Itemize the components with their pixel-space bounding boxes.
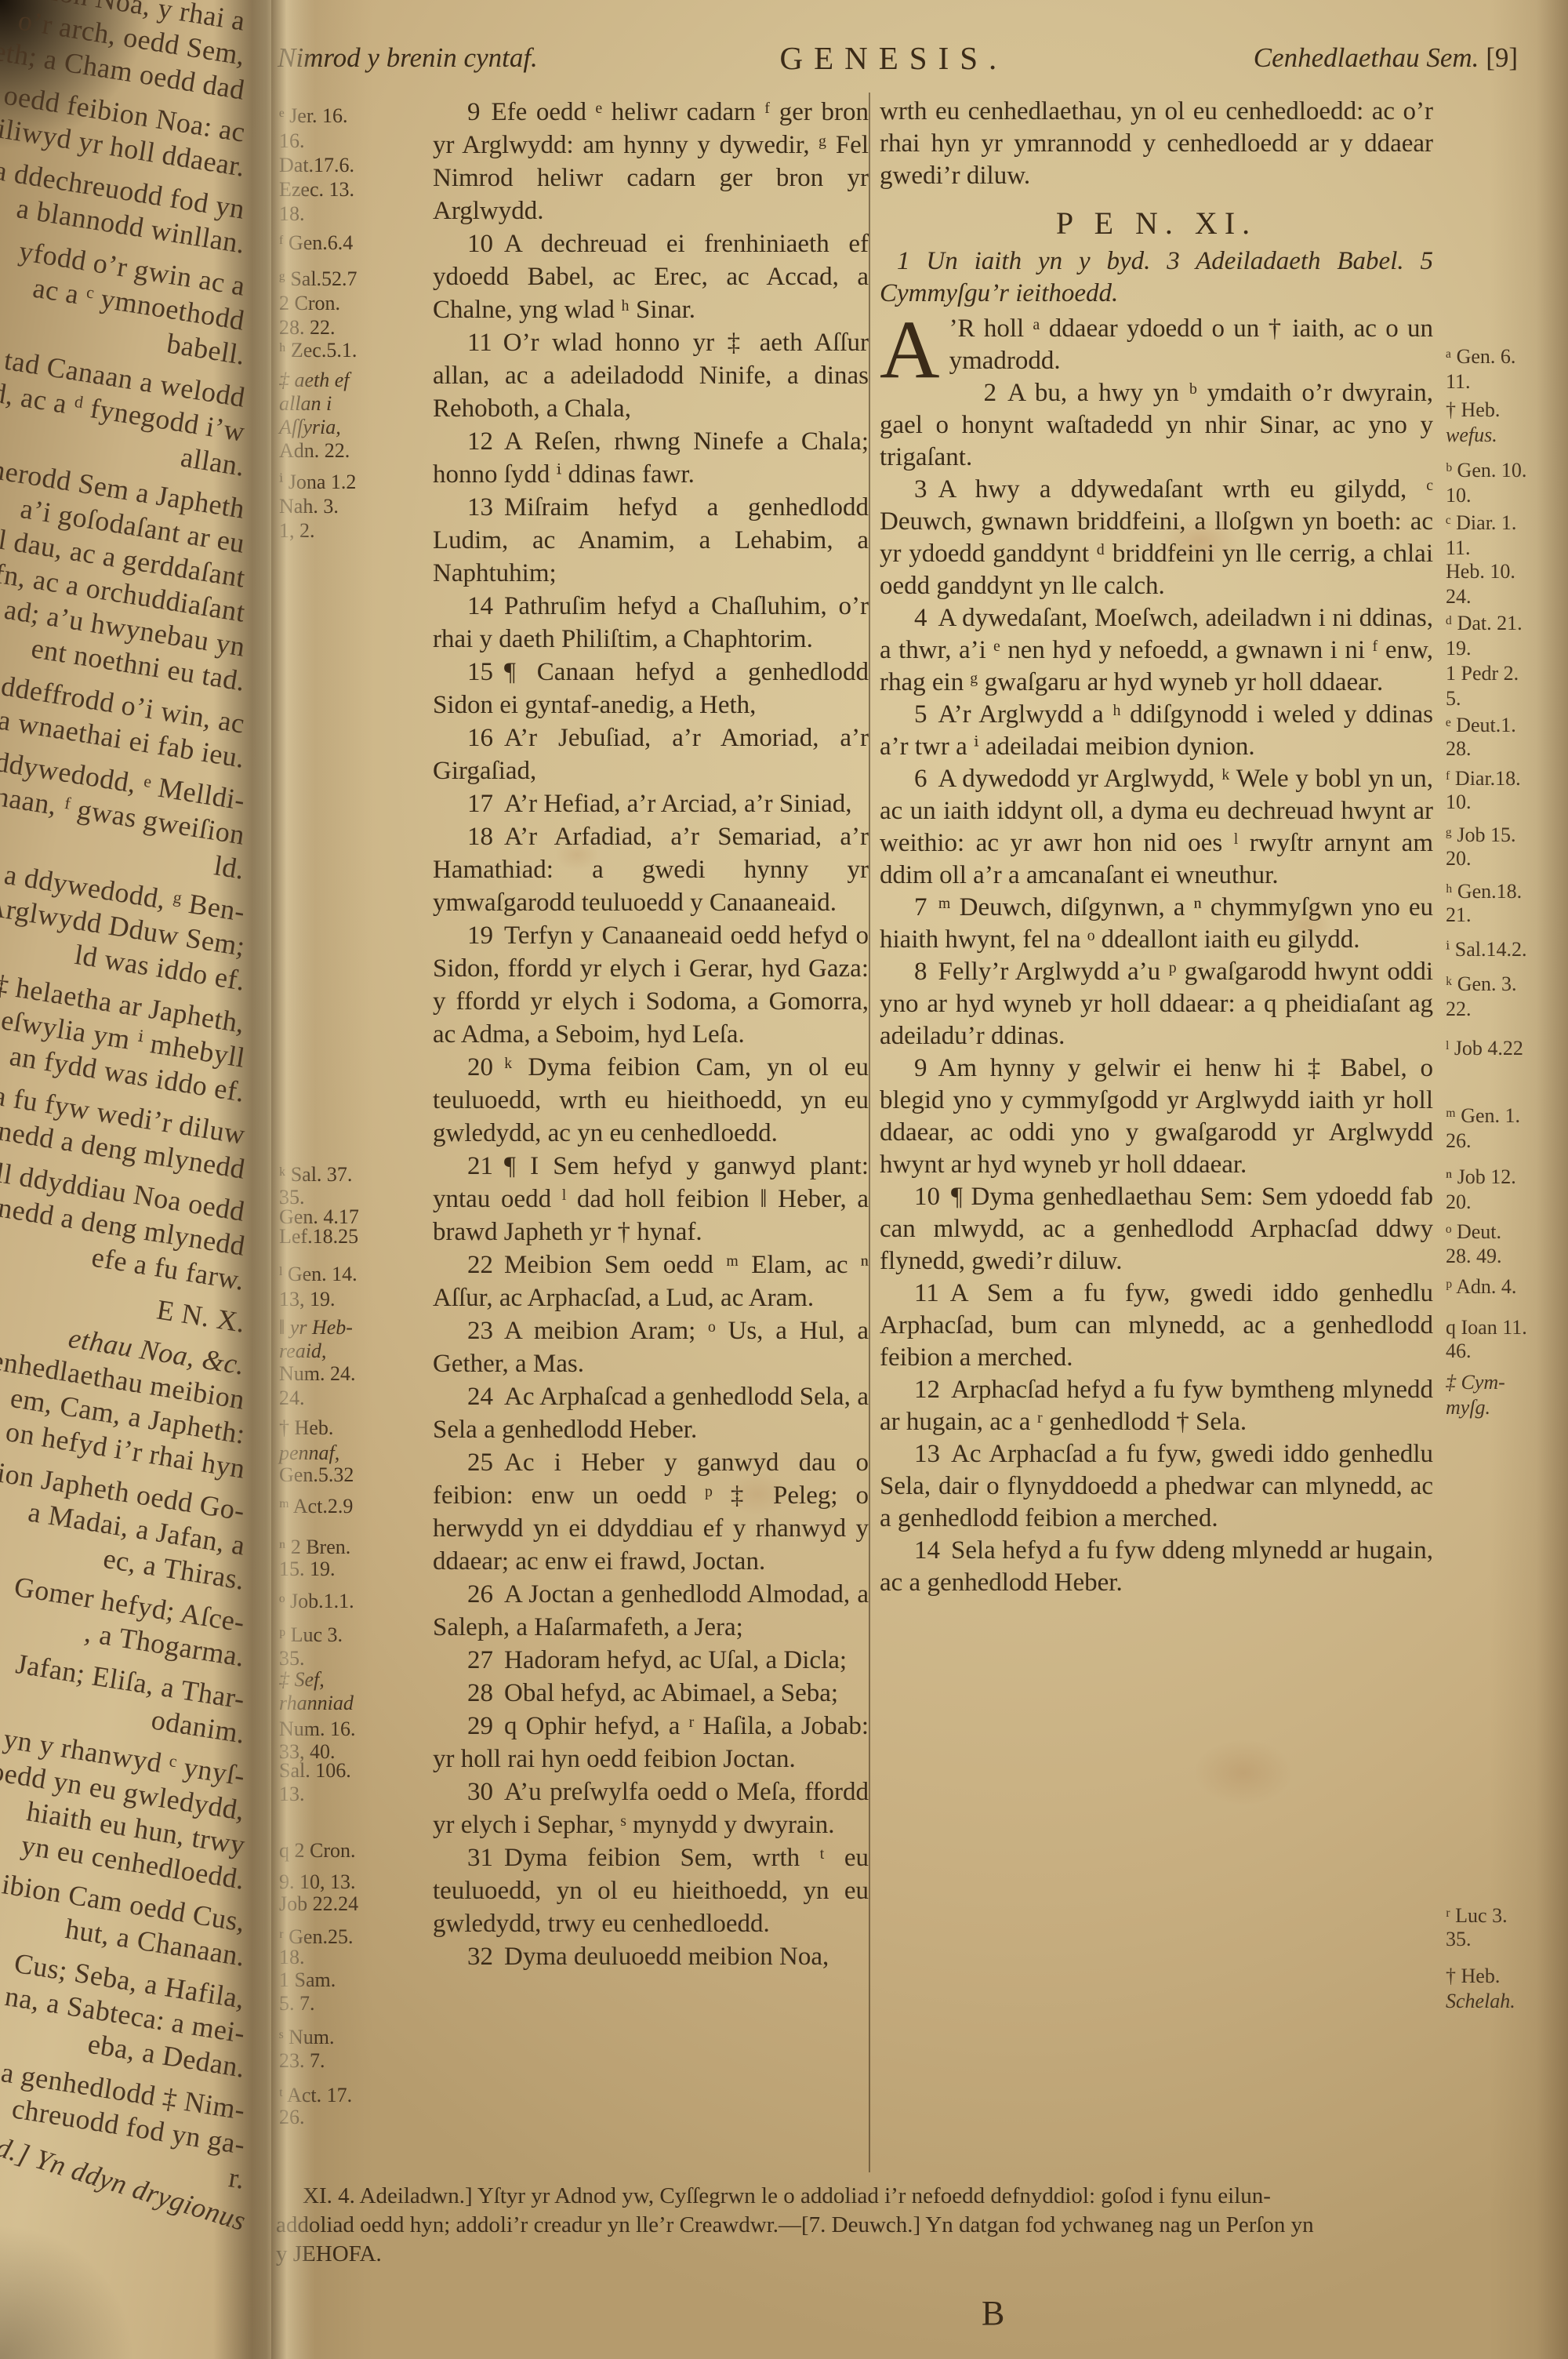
column-divider-rule [869, 93, 870, 2172]
verse: 32Dyma deuluoedd meibion Noa, [433, 1940, 869, 1973]
verse-text: A Reſen, rhwng Ninefe a Chala; honno ſyd… [433, 427, 869, 489]
verse-number: 7 [914, 893, 927, 921]
margin-note: ⁿ 2 Bren. [279, 1536, 350, 1559]
margin-note: ‡ Cym- [1446, 1371, 1505, 1394]
verse-text: Dyma deuluoedd meibion Noa, [504, 1943, 829, 1971]
verse-number: 10 [914, 1183, 940, 1211]
margin-note: ˢ Num. [279, 2026, 335, 2049]
margin-note: Aſſyria, [279, 416, 341, 439]
chapter-heading: P E N. XI. [880, 205, 1433, 242]
verse-number: 27 [467, 1646, 493, 1674]
margin-note: 23. 7. [279, 2049, 325, 2073]
margin-note: Gen.5.32 [279, 1463, 354, 1487]
margin-note: Heb. 10. [1446, 560, 1515, 583]
verse: 5A’r Arglwydd a ʰ ddiſgynodd i weled y d… [880, 699, 1433, 763]
margin-note: 18. [279, 202, 305, 226]
verse-text: A bu, a hwy yn ᵇ ymdaith o’r dwyrain, ga… [880, 379, 1433, 471]
verse: 2A bu, a hwy yn ᵇ ymdaith o’r dwyrain, g… [880, 377, 1433, 474]
left-text-column: 9Efe oedd ᵉ heliwr cadarn ᶠ ger bron yr … [433, 96, 869, 1973]
signature-mark: B [982, 2293, 1004, 2333]
verse-number: 4 [914, 604, 927, 632]
verse-text: ’R holl ᵃ ddaear ydoedd o un † iaith, ac… [949, 314, 1433, 375]
margin-note: q Ioan 11. [1446, 1316, 1527, 1339]
verse-text: Ac Arphacſad a fu fyw, gwedi iddo genhed… [880, 1440, 1433, 1532]
margin-note: ‡ Sef, [279, 1668, 325, 1692]
margin-note: 13, 19. [279, 1288, 336, 1311]
margin-note: ᵏ Sal. 37. [279, 1163, 352, 1187]
verse: 31Dyma feibion Sem, wrth ᵗ eu teuluoedd,… [433, 1841, 869, 1940]
margin-note: 46. [1446, 1339, 1472, 1363]
left-margin-notes: ᵉ Jer. 16.16.Dat.17.6.Ezec. 13.18.ᶠ Gen.… [279, 0, 431, 2274]
footnote-block: XI. 4. Adeiladwn.] Yſtyr yr Adnod yw, Cy… [276, 2182, 1555, 2269]
margin-note: Nah. 3. [279, 495, 339, 518]
verse: 27Hadoram hefyd, ac Uſal, a Dicla; [433, 1644, 869, 1677]
margin-note: 2 Cron. [279, 292, 340, 315]
margin-note: 16. [279, 129, 305, 153]
verse-text: Ac i Heber y ganwyd dau o feibion: enw u… [433, 1448, 869, 1576]
verse-number: 13 [467, 493, 493, 522]
verse-text: Obal hefyd, ac Abimael, a Seba; [504, 1679, 838, 1707]
verse-text: q Ophir hefyd, a ʳ Haſila, a Jobab: yr h… [433, 1712, 869, 1773]
verse-number: 24 [467, 1383, 493, 1411]
verse-text: ¶ Dyma genhedlaethau Sem: Sem ydoedd fab… [880, 1183, 1433, 1275]
verse: 12Arphacſad hefyd a fu fyw bymtheng mlyn… [880, 1374, 1433, 1438]
verse-number: 16 [467, 724, 493, 752]
verse-text: A’r Hefiad, a’r Arciad, a’r Siniad, [504, 790, 852, 818]
verse-text: Arphacſad hefyd a fu fyw bymtheng mlyned… [880, 1376, 1433, 1436]
margin-note: 11. [1446, 536, 1471, 560]
verse: 9Efe oedd ᵉ heliwr cadarn ᶠ ger bron yr … [433, 96, 869, 227]
verse: 28Obal hefyd, ac Abimael, a Seba; [433, 1677, 869, 1710]
verse: 20ᵏ Dyma feibion Cam, yn ol eu teuluoedd… [433, 1051, 869, 1150]
margin-note: † Heb. [1446, 1965, 1500, 1988]
margin-note: 28. [1446, 737, 1472, 761]
margin-note: ᵐ Gen. 1. [1446, 1104, 1520, 1128]
verse: 30A’u preſwylfa oedd o Meſa, ffordd yr e… [433, 1776, 869, 1841]
verse-text: ᵐ Deuwch, diſgynwn, a ⁿ chymmyſgwn yno e… [880, 893, 1433, 954]
verse: 10A dechreuad ei frenhiniaeth ef ydoedd … [433, 227, 869, 326]
margin-note: Sal. 106. [279, 1759, 351, 1783]
margin-note: ᵍ Job 15. [1446, 823, 1515, 847]
verse-text: ¶ I Sem hefyd y ganwyd plant: yntau oedd… [433, 1152, 869, 1246]
verse: 21¶ I Sem hefyd y ganwyd plant: yntau oe… [433, 1150, 869, 1249]
verse: 11O’r wlad honno yr ‡ aeth Aſſur allan, … [433, 326, 869, 425]
verse: 16A’r Jebuſiad, a’r Amoriad, a’r Girgaſi… [433, 722, 869, 787]
margin-note: ᵍ Sal.52.7 [279, 267, 358, 291]
margin-note: ʰ Zec.5.1. [279, 339, 357, 362]
verse: 8Felly’r Arglwydd a’u ᵖ gwaſgarodd hwynt… [880, 956, 1433, 1052]
margin-note: ˡ Gen. 14. [279, 1263, 358, 1286]
margin-note: 24. [279, 1387, 305, 1410]
previous-page-text-line: E N. X. [154, 1293, 248, 1339]
verse-number: 13 [914, 1440, 940, 1468]
verse: 14Sela hefyd a fu fyw ddeng mlynedd ar h… [880, 1535, 1433, 1599]
margin-note: 9. 10, 13. [279, 1870, 356, 1894]
margin-note: Adn. 22. [279, 439, 350, 463]
margin-note: 28. 49. [1446, 1245, 1502, 1268]
verse-text: Miſraim hefyd a genhedlodd Ludim, ac Ana… [433, 493, 869, 587]
verse-text: A dywedodd yr Arglwydd, ᵏ Wele y bobl yn… [880, 765, 1433, 889]
margin-note: ᵉ Jer. 16. [279, 104, 348, 128]
verse: 15¶ Canaan hefyd a genhedlodd Sidon ei g… [433, 656, 869, 722]
margin-note: ʳ Luc 3. [1446, 1904, 1508, 1928]
margin-note: ⁿ Job 12. [1446, 1165, 1516, 1189]
margin-note: 24. [1446, 585, 1472, 609]
verse-number: 9 [914, 1054, 927, 1082]
verse: 24Ac Arphaſcad a genhedlodd Sela, a Sela… [433, 1380, 869, 1446]
verse-number: 11 [914, 1279, 939, 1307]
margin-note: 5. [1446, 687, 1461, 711]
verse-number: 12 [467, 427, 493, 456]
verse-number: 9 [467, 98, 481, 126]
margin-note: ᶠ Gen.6.4 [279, 231, 353, 255]
verse-number: 2 [984, 379, 997, 407]
verse-number: 25 [467, 1448, 493, 1477]
verse: 4A dywedaſant, Moeſwch, adeiladwn i ni d… [880, 602, 1433, 699]
verse: 3A hwy a ddywedaſant wrth eu gilydd, ᶜ D… [880, 474, 1433, 602]
margin-note: ᵐ Act.2.9 [279, 1495, 353, 1518]
verse-number: 21 [467, 1152, 493, 1180]
footnote-line: XI. 4. Adeiladwn.] Yſtyr yr Adnod yw, Cy… [276, 2182, 1555, 2211]
margin-note: Num. 16. [279, 1717, 356, 1741]
margin-note: ᵈ Dat. 21. [1446, 612, 1523, 635]
margin-note: ᵖ Luc 3. [279, 1623, 343, 1647]
page: Nimrod y brenin cyntaf. GENESIS. Cenhedl… [271, 0, 1568, 2359]
verse-number: 18 [467, 823, 493, 851]
verse-continuation: wrth eu cenhedlaethau, yn ol eu cenhedlo… [880, 96, 1433, 192]
verse: 18A’r Arfadiad, a’r Semariad, a’r Hamath… [433, 820, 869, 919]
verse-number: 29 [467, 1712, 493, 1740]
verse-number: 20 [467, 1053, 493, 1081]
margin-note: myſg. [1446, 1396, 1490, 1419]
previous-page-text-line: ld. [212, 849, 248, 886]
verse-number: 19 [467, 921, 493, 950]
verse-text: Ac Arphaſcad a genhedlodd Sela, a Sela a… [433, 1383, 869, 1444]
margin-note: ᵇ Gen. 10. [1446, 459, 1526, 482]
margin-note: 10. [1446, 791, 1472, 814]
verse-text: Dyma feibion Sem, wrth ᵗ eu teuluoedd, y… [433, 1844, 869, 1938]
margin-note: † Heb. [279, 1416, 333, 1440]
verse-number: 30 [467, 1778, 493, 1806]
verse-number: 10 [467, 230, 493, 258]
verse: 26A Joctan a genhedlodd Almodad, a Salep… [433, 1578, 869, 1644]
margin-note: 1 Pedr 2. [1446, 662, 1519, 685]
verse-text: A’u preſwylfa oedd o Meſa, ffordd yr ely… [433, 1778, 869, 1839]
verse-number: 5 [914, 700, 927, 729]
verse-text: Efe oedd ᵉ heliwr cadarn ᶠ ger bron yr A… [433, 98, 869, 225]
margin-note: Ezec. 13. [279, 178, 354, 202]
verse-number: 6 [914, 765, 927, 793]
verse-number: 23 [467, 1317, 493, 1345]
margin-note: q 2 Cron. [279, 1839, 356, 1863]
margin-note: 18. [279, 1946, 305, 1969]
margin-note: rhanniad [279, 1692, 354, 1715]
margin-note: pennaf, [279, 1441, 339, 1465]
verse-text: A’r Arfadiad, a’r Semariad, a’r Hamathia… [433, 823, 869, 917]
margin-note: 35. [1446, 1928, 1472, 1951]
verse-number: 26 [467, 1580, 493, 1608]
margin-note: 5. 7. [279, 1992, 315, 2016]
margin-note: 20. [1446, 847, 1472, 871]
verse: 17A’r Hefiad, a’r Arciad, a’r Siniad, [433, 787, 869, 820]
margin-note: 11. [1446, 370, 1471, 394]
verse-text: ᵏ Dyma feibion Cam, yn ol eu teuluoedd, … [433, 1053, 869, 1147]
verse: 11A Sem a fu fyw, gwedi iddo genhedlu Ar… [880, 1278, 1433, 1374]
margin-note: 21. [1446, 903, 1472, 927]
margin-note: 19. [1446, 637, 1472, 660]
margin-note: 10. [1446, 484, 1472, 507]
margin-note: ⁱ Sal.14.2. [1446, 938, 1526, 961]
verse: 13Miſraim hefyd a genhedlodd Ludim, ac A… [433, 491, 869, 590]
verse-text: A Joctan a genhedlodd Almodad, a Saleph,… [433, 1580, 869, 1641]
verse-text: A meibion Aram; ᵒ Us, a Hul, a Gether, a… [433, 1317, 869, 1378]
verse-text: Hadoram hefyd, ac Uſal, a Dicla; [504, 1646, 847, 1674]
margin-note: 35. [279, 1647, 305, 1670]
verse-text: A dywedaſant, Moeſwch, adeiladwn i ni dd… [880, 604, 1433, 696]
verse-text: Pathruſim hefyd a Chaſluhim, o’r rhai y … [433, 592, 869, 653]
verse: 25Ac i Heber y ganwyd dau o feibion: enw… [433, 1446, 869, 1578]
verse-number: 12 [914, 1376, 940, 1404]
book-title: GENESIS. [779, 39, 1007, 77]
verse-number: 17 [467, 790, 493, 818]
verse-text: O’r wlad honno yr ‡ aeth Aſſur allan, ac… [433, 329, 869, 423]
verse: 29q Ophir hefyd, a ʳ Haſila, a Jobab: yr… [433, 1710, 869, 1776]
footnote-line: addoliad oedd hyn; addoli’r creadur yn l… [276, 2211, 1555, 2240]
margin-note: 1 Sam. [279, 1968, 336, 1992]
verse: 23A meibion Aram; ᵒ Us, a Hul, a Gether,… [433, 1314, 869, 1380]
margin-note: Lef.18.25 [279, 1225, 358, 1249]
margin-note: ᶠ Diar.18. [1446, 767, 1521, 791]
verse: 7ᵐ Deuwch, diſgynwn, a ⁿ chymmyſgwn yno … [880, 892, 1433, 956]
margin-note: ᵖ Adn. 4. [1446, 1275, 1516, 1299]
verse: 13Ac Arphacſad a fu fyw, gwedi iddo genh… [880, 1438, 1433, 1535]
verse-text: Felly’r Arglwydd a’u ᵖ gwaſgarodd hwynt … [880, 958, 1433, 1050]
verse-text: A hwy a ddywedaſant wrth eu gilydd, ᶜ De… [880, 475, 1433, 600]
margin-note: ᵒ Job.1.1. [279, 1590, 354, 1613]
verse-number: 11 [467, 329, 492, 357]
previous-page-edge: ion Noa, y rhai ao’r arch, oedd Sem,eth;… [0, 0, 271, 2359]
verse-number: 31 [467, 1844, 493, 1872]
verse-number: 14 [467, 592, 493, 620]
margin-note: 26. [1446, 1129, 1472, 1153]
verse: 22Meibion Sem oedd ᵐ Elam, ac ⁿ Aſſur, a… [433, 1249, 869, 1314]
margin-note: 28. 22. [279, 316, 336, 340]
verse-text: A’r Arglwydd a ʰ ddiſgynodd i weled y dd… [880, 700, 1433, 761]
verse-text: ¶ Canaan hefyd a genhedlodd Sidon ei gyn… [433, 658, 869, 719]
verse-text: Sela hefyd a fu fyw ddeng mlynedd ar hug… [880, 1536, 1433, 1597]
margin-note: Job 22.24 [279, 1892, 358, 1916]
margin-note: ᵏ Gen. 3. [1446, 972, 1517, 996]
margin-note: ‡ aeth ef [279, 369, 350, 392]
verse-number: 14 [914, 1536, 940, 1565]
margin-note: † Heb. [1446, 398, 1500, 422]
margin-note: allan i [279, 392, 332, 416]
verse: 12A Reſen, rhwng Ninefe a Chala; honno ſ… [433, 425, 869, 491]
margin-note: Schelah. [1446, 1990, 1515, 2013]
margin-note: 1, 2. [279, 519, 315, 543]
verse-text: Meibion Sem oedd ᵐ Elam, ac ⁿ Aſſur, ac … [433, 1251, 869, 1312]
verse: 10¶ Dyma genhedlaethau Sem: Sem ydoedd f… [880, 1181, 1433, 1278]
verse-number: 28 [467, 1679, 493, 1707]
verse-number: 22 [467, 1251, 493, 1279]
verse-number: 8 [914, 958, 927, 986]
margin-note: ‖ yr Heb- [279, 1316, 353, 1339]
right-text-column: wrth eu cenhedlaethau, yn ol eu cenhedlo… [880, 96, 1433, 1599]
margin-note: ᶜ Diar. 1. [1446, 511, 1516, 535]
verse: 6A dywedodd yr Arglwydd, ᵏ Wele y bobl y… [880, 763, 1433, 892]
footnote-line: y JEHOFA. [276, 2240, 1555, 2269]
margin-note: wefus. [1446, 423, 1497, 447]
margin-note: ʰ Gen.18. [1446, 880, 1522, 903]
verse-number: 3 [914, 475, 927, 503]
margin-note: ᵒ Deut. [1446, 1220, 1501, 1244]
margin-note: 13. [279, 1783, 305, 1806]
margin-note: reaid, [279, 1339, 326, 1363]
margin-note: Dat.17.6. [279, 154, 354, 177]
margin-note: Num. 24. [279, 1362, 356, 1386]
verse-number: 32 [467, 1943, 493, 1971]
drop-cap: A [880, 313, 949, 382]
right-margin-notes: ᵃ Gen. 6.11.† Heb.wefus.ᵇ Gen. 10.10.ᶜ D… [1446, 0, 1568, 2274]
verse: 9Am hynny y gelwir ei henw hi ‡ Babel, o… [880, 1052, 1433, 1181]
margin-note: ᵉ Deut.1. [1446, 714, 1516, 737]
verse-text: Terfyn y Canaaneaid oedd hefyd o Sidon, … [433, 921, 869, 1049]
chapter-summary: 1 Un iaith yn y byd. 3 Adeiladaeth Babel… [880, 245, 1433, 310]
margin-note: 26. [279, 2106, 305, 2129]
verse-1: A’R holl ᵃ ddaear ydoedd o un † iaith, a… [880, 313, 1433, 377]
margin-note: ᵗ Act. 17. [279, 2084, 352, 2107]
margin-note: 15. 19. [279, 1558, 336, 1581]
margin-note: 22. [1446, 998, 1472, 1021]
verse-text: A dechreuad ei frenhiniaeth ef ydoedd Ba… [433, 230, 869, 324]
verse-number: 15 [467, 658, 493, 686]
margin-note: 20. [1446, 1190, 1472, 1214]
previous-page-text-line: r. [227, 2161, 247, 2196]
verse: 14Pathruſim hefyd a Chaſluhim, o’r rhai … [433, 590, 869, 656]
verse-text: Am hynny y gelwir ei henw hi ‡ Babel, o … [880, 1054, 1433, 1179]
margin-note: ⁱ Jona 1.2 [279, 471, 356, 494]
verse: 19Terfyn y Canaaneaid oedd hefyd o Sidon… [433, 919, 869, 1051]
verse-text: A’r Jebuſiad, a’r Amoriad, a’r Girgaſiad… [433, 724, 869, 785]
margin-note: ˡ Job 4.22 [1446, 1037, 1523, 1060]
verse-text: A Sem a fu fyw, gwedi iddo genhedlu Arph… [880, 1279, 1433, 1372]
margin-note: ᵃ Gen. 6. [1446, 345, 1515, 369]
